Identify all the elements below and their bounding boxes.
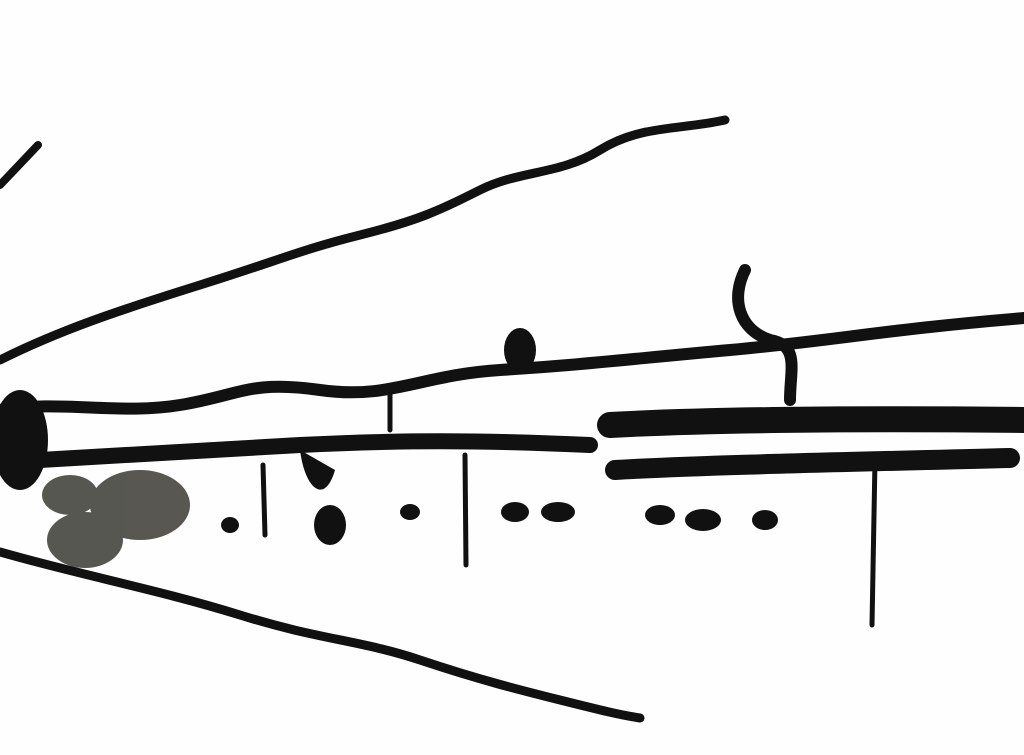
corner-stroke [0,145,38,185]
drip [263,465,265,535]
ink-artwork [0,0,1024,755]
diagonal-stroke-bottom [0,552,640,718]
drip [872,460,875,625]
band-stroke-right-lower [615,458,1010,470]
band-stroke-left [40,441,590,460]
ink-strokes [0,0,1024,755]
band-stroke-right [610,419,1024,425]
diagonal-stroke-top [0,120,725,360]
drip [465,455,466,565]
hook-stroke [738,270,791,400]
